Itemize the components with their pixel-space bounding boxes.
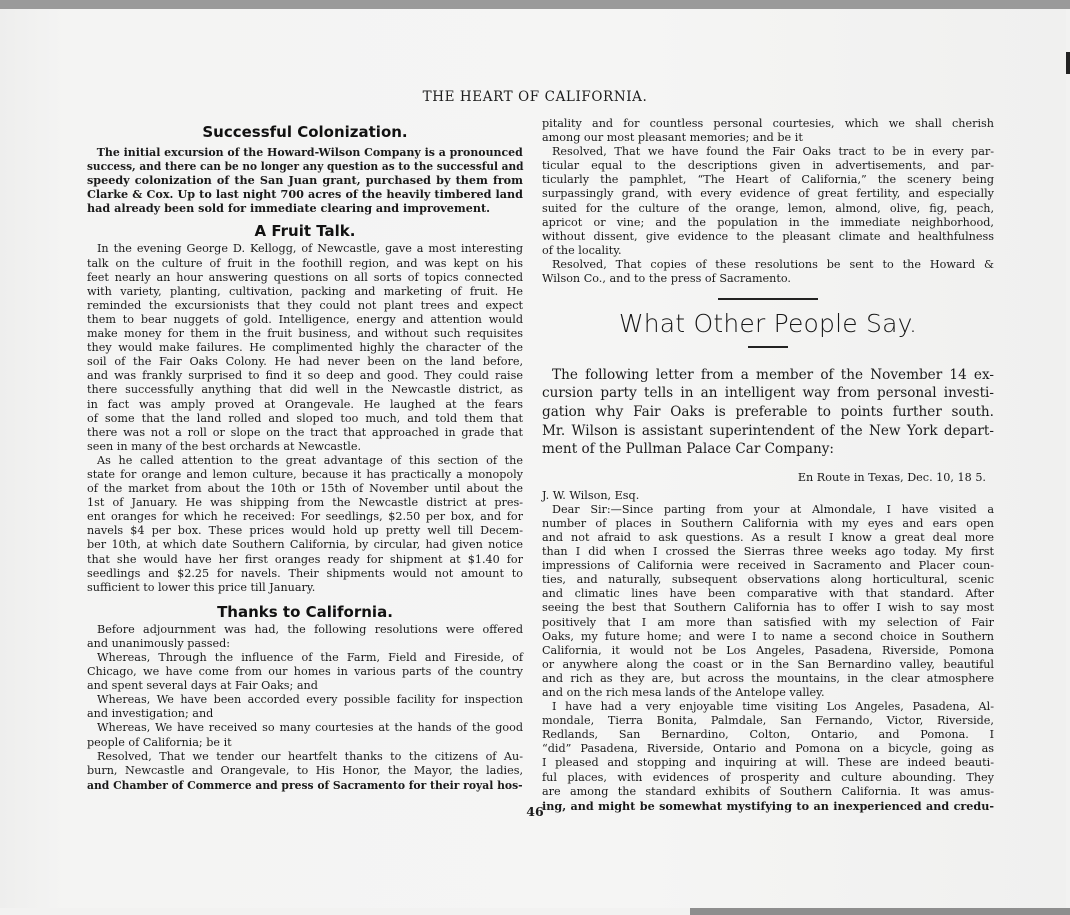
text-line: California, it would not be Los Angeles,…	[542, 644, 994, 658]
text-line: pitality and for countless personal cour…	[542, 117, 994, 131]
heading-what-other-people-say: What Other People Say.	[542, 304, 994, 342]
text-line: ber 10th, at which date Southern Califor…	[87, 538, 523, 552]
text-line: mondale, Tierra Bonita, Palmdale, San Fe…	[542, 714, 994, 728]
scan-bottom-edge	[690, 908, 1070, 915]
text-line: impressions of California were received …	[542, 559, 994, 573]
text-line: and was frankly surprised to find it so …	[87, 369, 523, 383]
running-head: THE HEART OF CALIFORNIA.	[0, 89, 1070, 105]
letter-addressee: J. W. Wilson, Esq.	[542, 489, 994, 503]
scan-top-edge	[0, 0, 1070, 9]
text-line: with variety, planting, cultivation, pac…	[87, 285, 523, 299]
text-line: Resolved, That we have found the Fair Oa…	[542, 145, 994, 159]
text-line: ties, and naturally, subsequent observat…	[542, 573, 994, 587]
paragraph-letter-body: Dear Sir:—Since parting from your at Alm…	[542, 503, 994, 813]
divider-rule-bottom	[748, 346, 788, 348]
text-line: ticular equal to the descriptions given …	[542, 159, 994, 173]
text-line: them to bear nuggets of gold. Intelligen…	[87, 313, 523, 327]
text-line: and unanimously passed:	[87, 637, 523, 651]
right-column: pitality and for countless personal cour…	[542, 117, 994, 813]
text-line: and rich as they are, but across the mou…	[542, 672, 994, 686]
paragraph-resolutions-continued: pitality and for countless personal cour…	[542, 117, 994, 286]
text-line: Dear Sir:—Since parting from your at Alm…	[542, 503, 994, 517]
paragraph-colonization: The initial excursion of the Howard-Wils…	[87, 145, 523, 215]
left-column: Successful Colonization. The initial exc…	[87, 121, 523, 792]
text-line: that she would have her first oranges re…	[87, 553, 523, 567]
text-line: The initial excursion of the Howard-Wils…	[87, 145, 513, 159]
heading-thanks-to-california: Thanks to California.	[87, 599, 523, 623]
text-line: sufficient to lower this price till Janu…	[87, 581, 523, 595]
text-line: of some that the land rolled and sloped …	[87, 412, 523, 426]
paragraph-resolutions: Before adjournment was had, the followin…	[87, 623, 523, 792]
text-line: ful places, with evidences of prosperity…	[542, 771, 994, 785]
text-line: ment of the Pullman Palace Car Company:	[542, 440, 994, 459]
text-line: The following letter from a member of th…	[542, 366, 994, 385]
text-line: seeing the best that Southern California…	[542, 601, 994, 615]
text-line: Before adjournment was had, the followin…	[87, 623, 523, 637]
text-line: Resolved, That copies of these resolutio…	[542, 258, 994, 272]
text-line: of the locality.	[542, 244, 994, 258]
text-line: Resolved, That we tender our heartfelt t…	[87, 750, 523, 764]
text-line: apricot or vine; and the population in t…	[542, 216, 994, 230]
text-line: Whereas, Through the influence of the Fa…	[87, 651, 523, 665]
paragraph-letter-intro: The following letter from a member of th…	[542, 366, 994, 459]
text-line: there successfully anything that did wel…	[87, 383, 523, 397]
heading-successful-colonization: Successful Colonization.	[87, 121, 523, 145]
text-line: Wilson Co., and to the press of Sacramen…	[542, 272, 994, 286]
text-line: surpassingly grand, with every evidence …	[542, 187, 994, 201]
text-line: are among the standard exhibits of South…	[542, 785, 994, 799]
text-line: gation why Fair Oaks is preferable to po…	[542, 403, 994, 422]
text-line: make money for them in the fruit busines…	[87, 327, 523, 341]
text-line: without dissent, give evidence to the pl…	[542, 230, 994, 244]
text-line: soil of the Fair Oaks Colony. He had nev…	[87, 355, 523, 369]
text-line: and investigation; and	[87, 707, 523, 721]
scan-edge-mark	[1066, 52, 1070, 74]
text-line: seen in many of the best orchards at New…	[87, 440, 523, 454]
text-line: feet nearly an hour answering questions …	[87, 271, 523, 285]
text-line: Redlands, San Bernardino, Colton, Ontari…	[542, 728, 994, 742]
text-line: 1st of January. He was shipping from the…	[87, 496, 523, 510]
text-line: in fact was amply proved at Orangevale. …	[87, 398, 523, 412]
text-line: had already been sold for immediate clea…	[87, 201, 523, 215]
text-line: than I did when I crossed the Sierras th…	[542, 545, 994, 559]
text-line: “did” Pasadena, Riverside, Ontario and P…	[542, 742, 994, 756]
text-line: In the evening George D. Kellogg, of New…	[87, 242, 523, 256]
text-line: Whereas, We have received so many courte…	[87, 721, 523, 735]
text-line: and on the rich mesa lands of the Antelo…	[542, 686, 994, 700]
divider-rule-top	[718, 298, 818, 300]
text-line: Oaks, my future home; and were I to name…	[542, 630, 994, 644]
text-line: and not afraid to ask questions. As a re…	[542, 531, 994, 545]
text-line: they would make failures. He complimente…	[87, 341, 523, 355]
text-line: number of places in Southern California …	[542, 517, 994, 531]
paragraph-fruit-talk: In the evening George D. Kellogg, of New…	[87, 242, 523, 594]
text-line: cursion party tells in an intelligent wa…	[542, 384, 994, 403]
page-number: 46	[0, 804, 1070, 819]
text-line: Chicago, we have come from our homes in …	[87, 665, 523, 679]
text-line: suited for the culture of the orange, le…	[542, 202, 994, 216]
text-line: talk on the culture of fruit in the foot…	[87, 257, 523, 271]
text-line: there was not a roll or slope on the tra…	[87, 426, 523, 440]
text-line: ent oranges for which he received: For s…	[87, 510, 523, 524]
text-line: positively that I am more than satisfied…	[542, 616, 994, 630]
text-line: reminded the excursionists that they cou…	[87, 299, 523, 313]
text-line: navels $4 per box. These prices would ho…	[87, 524, 523, 538]
text-line: state for orange and lemon culture, beca…	[87, 468, 523, 482]
text-line: As he called attention to the great adva…	[87, 454, 523, 468]
text-line: Clarke & Cox. Up to last night 700 acres…	[87, 187, 523, 201]
text-line: and Chamber of Commerce and press of Sac…	[87, 778, 506, 792]
text-line: I pleased and stopping and inquiring at …	[542, 756, 994, 770]
text-line: among our most pleasant memories; and be…	[542, 131, 994, 145]
text-line: Mr. Wilson is assistant superintendent o…	[542, 422, 994, 441]
text-line: or anywhere along the coast or in the Sa…	[542, 658, 994, 672]
letter-dateline: En Route in Texas, Dec. 10, 18 5.	[542, 471, 994, 489]
text-line: of the market from about the 10th or 15t…	[87, 482, 523, 496]
text-line: speedy colonization of the San Juan gran…	[87, 173, 523, 187]
text-line: and spent several days at Fair Oaks; and	[87, 679, 523, 693]
text-line: ticularly the pamphlet, “The Heart of Ca…	[542, 173, 994, 187]
text-line: people of California; be it	[87, 736, 523, 750]
text-line: burn, Newcastle and Orangevale, to His H…	[87, 764, 523, 778]
text-line: Whereas, We have been accorded every pos…	[87, 693, 523, 707]
text-line: seedlings and $2.25 for navels. Their sh…	[87, 567, 523, 581]
text-line: success, and there can be no longer any …	[87, 159, 498, 173]
heading-a-fruit-talk: A Fruit Talk.	[87, 218, 523, 242]
text-line: I have had a very enjoyable time visitin…	[542, 700, 994, 714]
text-line: and climatic lines have been comparative…	[542, 587, 994, 601]
